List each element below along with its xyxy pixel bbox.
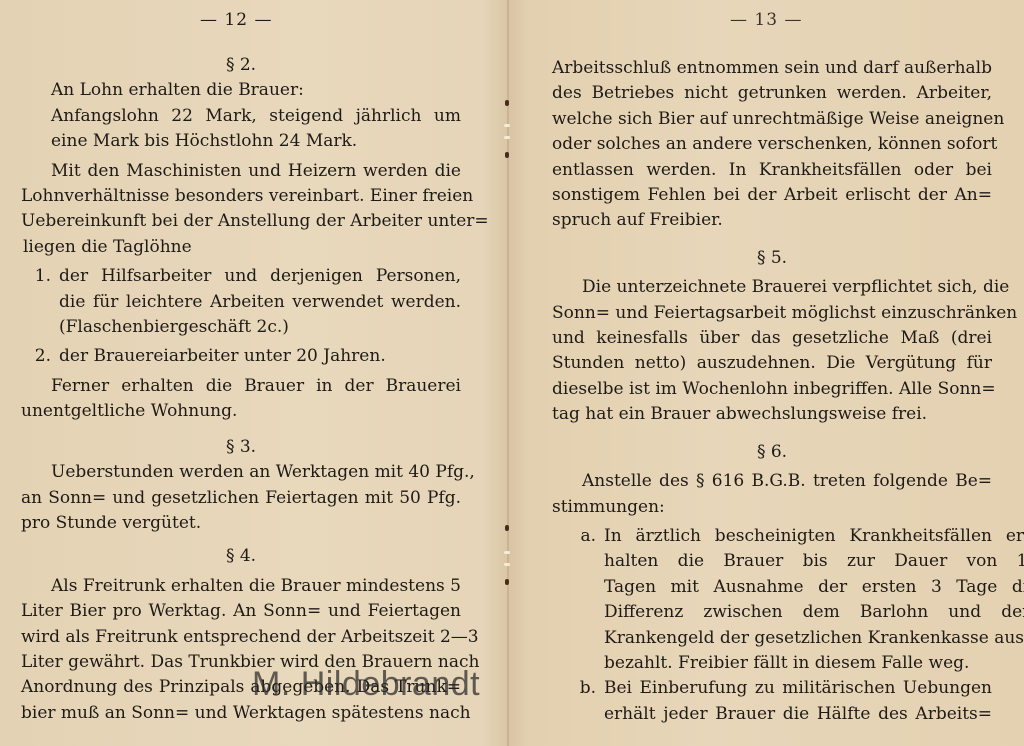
section-heading-5: § 5.: [552, 246, 992, 271]
page-13: — 13 — Arbeitsschluß entnommen sein und …: [508, 0, 1024, 746]
wage-intro: An Lohn erhalten die Brauer:: [21, 78, 461, 103]
paragraph: Arbeitsschluß entnommen sein und darf au…: [552, 56, 992, 234]
page-text: § 2. An Lohn erhalten die Brauer: Anfang…: [21, 53, 461, 726]
page-number: — 12 —: [200, 10, 272, 30]
list-item: a. In ärztlich bescheinigten Krankheitsf…: [552, 524, 992, 676]
watermark: M. Hildebrandt: [252, 665, 480, 704]
section-heading-3: § 3.: [21, 435, 461, 460]
book-spread: — 12 — § 2. An Lohn erhalten die Brauer:…: [0, 0, 1024, 746]
wage-scale: Anfangslohn 22 Mark, steigend jährlich u…: [21, 104, 461, 155]
paragraph: Die unterzeichnete Brauerei verpflichtet…: [552, 275, 992, 427]
list-item: 1. der Hilfsarbeiter und derjenigen Pers…: [21, 264, 461, 340]
staple: [503, 100, 511, 160]
paragraph: Mit den Maschinisten und Heizern werden …: [21, 159, 461, 261]
paragraph: Ueberstunden werden an Werktagen mit 40 …: [21, 460, 461, 536]
list-item: b. Bei Einberufung zu militärischen Uebu…: [552, 676, 992, 727]
section-heading-2: § 2.: [21, 53, 461, 78]
section-heading-6: § 6.: [552, 440, 992, 465]
section-heading-4: § 4.: [21, 544, 461, 569]
page-number: — 13 —: [730, 10, 802, 30]
list-item: 2. der Brauereiarbeiter unter 20 Jahren.: [21, 344, 461, 369]
page-12: — 12 — § 2. An Lohn erhalten die Brauer:…: [0, 0, 508, 746]
paragraph: Anstelle des § 616 B.G.B. treten folgend…: [552, 469, 992, 520]
staple: [503, 525, 511, 587]
paragraph: Ferner erhalten die Brauer in der Brauer…: [21, 374, 461, 425]
page-text: Arbeitsschluß entnommen sein und darf au…: [552, 56, 992, 727]
